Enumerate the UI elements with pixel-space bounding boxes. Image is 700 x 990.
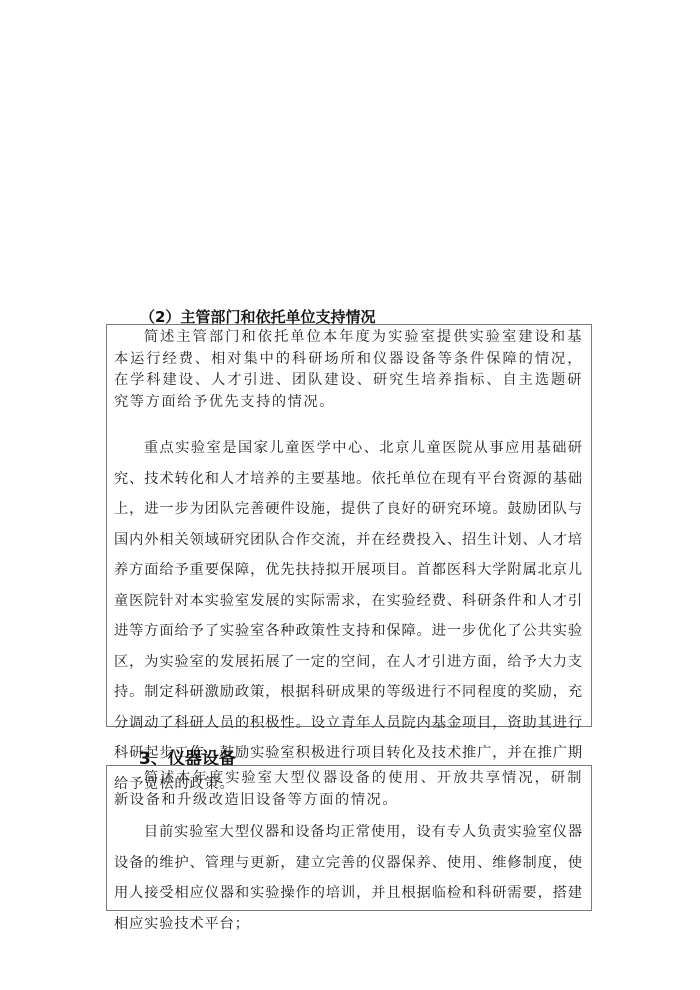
equipment-body-text: 目前实验室大型仪器和设备均正常使用，设有专人负责实验室仪器设备的维护、管理与更新…	[114, 817, 583, 939]
equipment-prompt-text: 简述本年度实验室大型仪器设备的使用、开放共享情况，研制新设备和升级改造旧设备等方…	[114, 768, 583, 811]
support-prompt-text: 简述主管部门和依托单位本年度为实验室提供实验室建设和基本运行经费、相对集中的科研…	[114, 327, 583, 413]
equipment-info-box: 简述本年度实验室大型仪器设备的使用、开放共享情况，研制新设备和升级改造旧设备等方…	[106, 765, 592, 911]
support-info-box: 简述主管部门和依托单位本年度为实验室提供实验室建设和基本运行经费、相对集中的科研…	[106, 324, 592, 727]
